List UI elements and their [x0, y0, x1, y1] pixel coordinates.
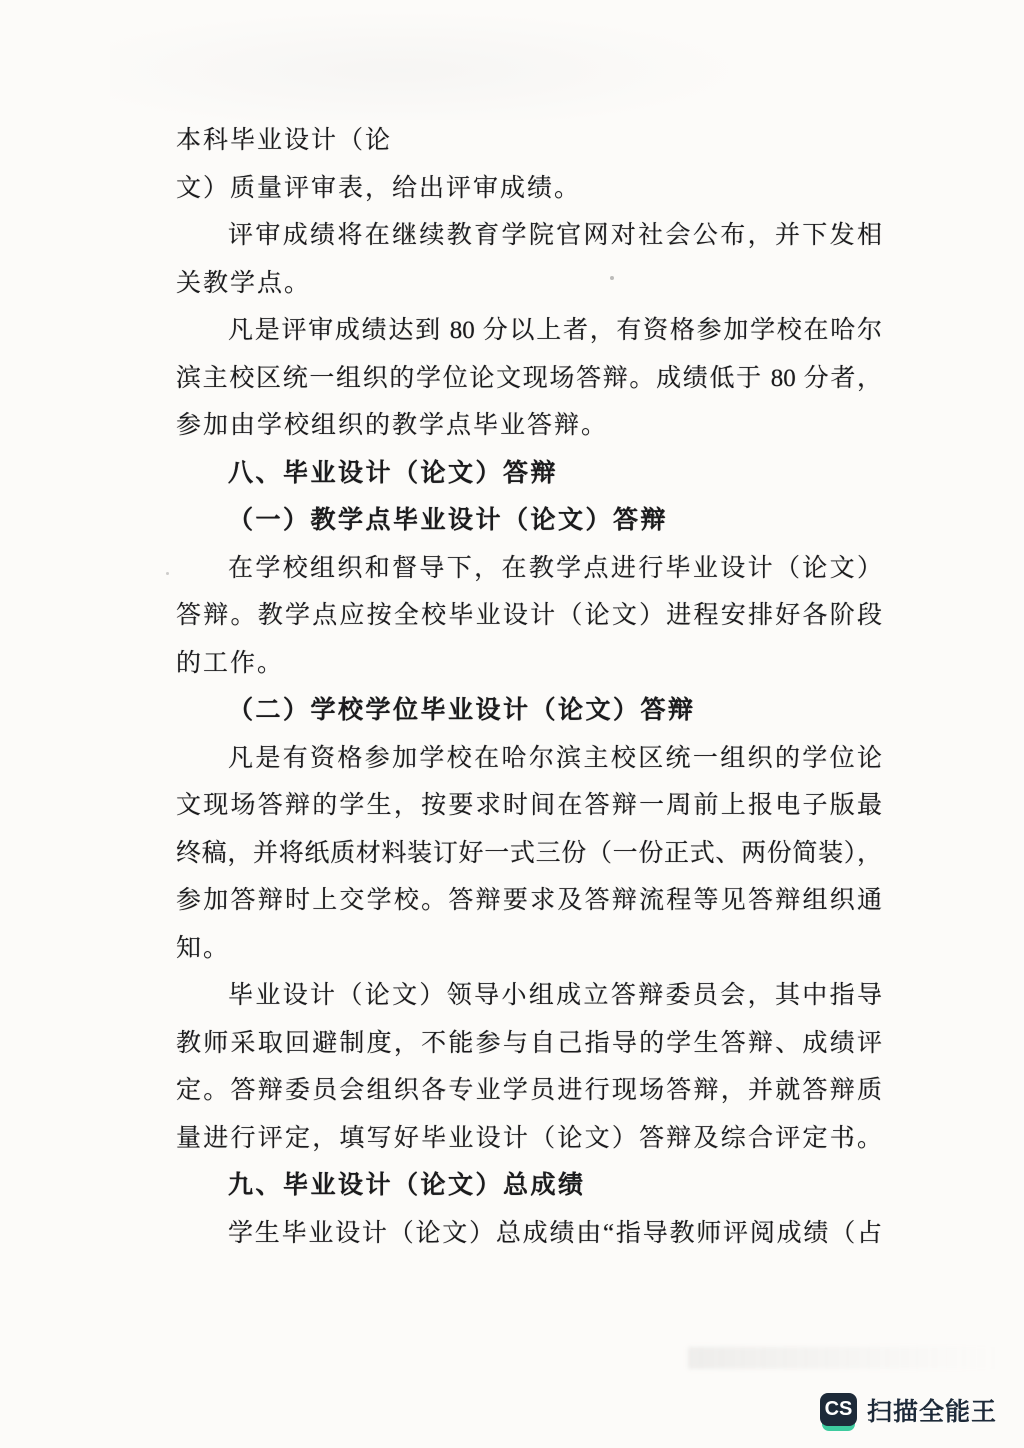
body-text-line: 在学校组织和督导下，在教学点进行毕业设计（论文）: [176, 545, 882, 593]
body-text-line: 毕业设计（论文）领导小组成立答辩委员会，其中指导: [176, 972, 882, 1020]
body-text-line: 关教学点。: [176, 260, 882, 308]
body-text-line: 教师采取回避制度，不能参与自己指导的学生答辩、成绩评: [176, 1020, 882, 1068]
subsection-heading-line: （二）学校学位毕业设计（论文）答辩: [176, 687, 882, 735]
section-heading-line: 八、毕业设计（论文）答辩: [176, 450, 882, 498]
scan-artifact-dot: [166, 572, 169, 575]
body-text-line: 评审成绩将在继续教育学院官网对社会公布，并下发相: [176, 212, 882, 260]
body-text-line: 答辩。教学点应按全校毕业设计（论文）进程安排好各阶段: [176, 592, 882, 640]
body-text-line: 定。答辩委员会组织各专业学员进行现场答辩，并就答辩质: [176, 1067, 882, 1115]
body-text-line: 参加由学校组织的教学点毕业答辩。: [176, 402, 882, 450]
section-heading-line: 九、毕业设计（论文）总成绩: [176, 1162, 882, 1210]
logo-face: CS: [820, 1393, 857, 1426]
body-text-line: 本科毕业设计（论: [176, 117, 882, 165]
subsection-heading-line: （一）教学点毕业设计（论文）答辩: [176, 497, 882, 545]
scan-noise-smudge: [688, 1347, 1000, 1369]
body-text-line: 滨主校区统一组织的学位论文现场答辩。成绩低于 80 分者，: [176, 355, 882, 403]
camscanner-watermark: CS 扫描全能王: [820, 1393, 997, 1431]
body-text-line: 终稿，并将纸质材料装订好一式三份（一份正式、两份简装），: [176, 830, 882, 878]
camscanner-brand-text: 扫描全能王: [867, 1400, 997, 1425]
body-text-line: 文现场答辩的学生，按要求时间在答辩一周前上报电子版最: [176, 782, 882, 830]
body-text-line: 知。: [176, 925, 882, 973]
scan-noise-smudge: [110, 10, 750, 120]
logo-initials: CS: [825, 1398, 853, 1421]
document-text-block: 本科毕业设计（论 文）质量评审表，给出评审成绩。 评审成绩将在继续教育学院官网对…: [176, 117, 882, 1257]
body-text-line: 凡是评审成绩达到 80 分以上者，有资格参加学校在哈尔: [176, 307, 882, 355]
camscanner-logo-icon: CS: [820, 1393, 857, 1431]
body-text-line: 的工作。: [176, 640, 882, 688]
body-text-line: 学生毕业设计（论文）总成绩由“指导教师评阅成绩（占: [176, 1210, 882, 1258]
body-text-line: 量进行评定，填写好毕业设计（论文）答辩及综合评定书。: [176, 1115, 882, 1163]
body-text-line: 参加答辩时上交学校。答辩要求及答辩流程等见答辩组织通: [176, 877, 882, 925]
body-text-line: 文）质量评审表，给出评审成绩。: [176, 165, 882, 213]
scanned-document-page: 本科毕业设计（论 文）质量评审表，给出评审成绩。 评审成绩将在继续教育学院官网对…: [0, 0, 1024, 1448]
body-text-line: 凡是有资格参加学校在哈尔滨主校区统一组织的学位论: [176, 735, 882, 783]
